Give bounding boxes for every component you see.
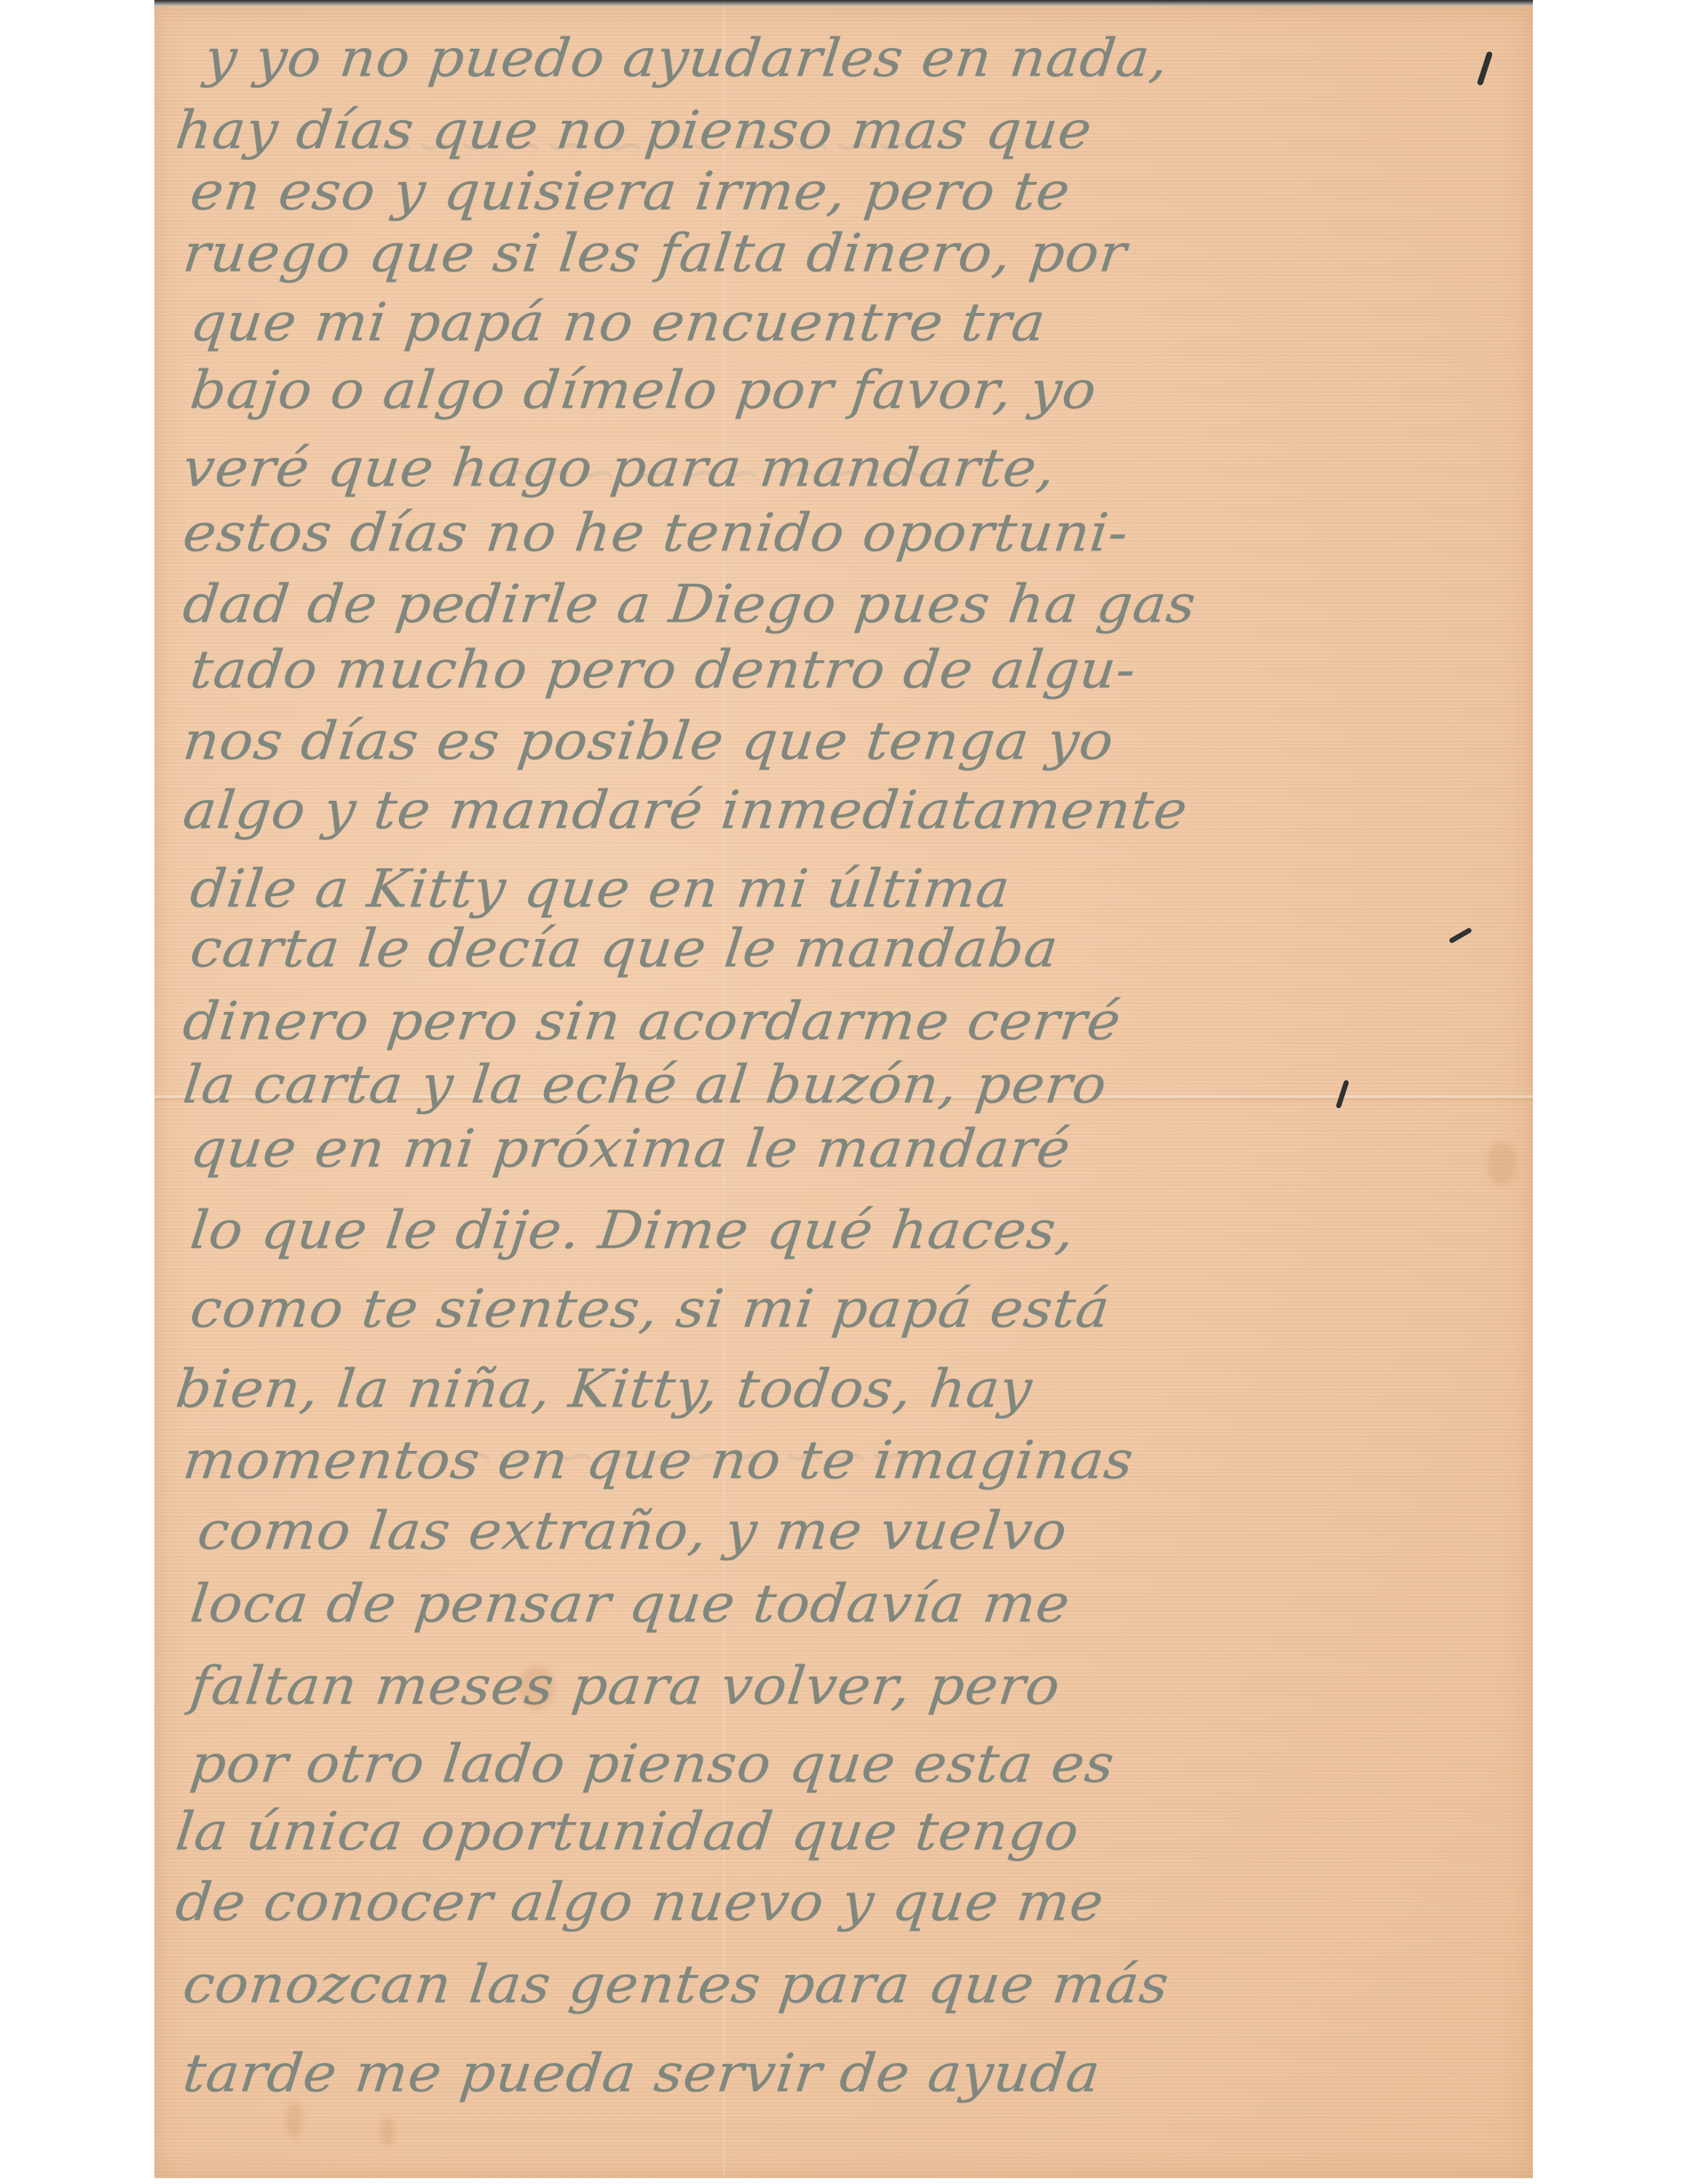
handwritten-line: la única oportunidad que tengo xyxy=(173,1797,1491,1867)
handwritten-line: y yo no puedo ayudarles en nada, xyxy=(202,24,1521,93)
handwritten-line: como te sientes, si mi papá está xyxy=(187,1275,1506,1344)
handwritten-line: bajo o algo dímelo por favor, yo xyxy=(187,356,1506,425)
letter-page: ~~~ ~~~~ ~~~~~ ~~~~ ~~~ ~~~~ ~~~ ~~~~~ ~… xyxy=(154,6,1533,2178)
handwritten-line: dile a Kitty que en mi última xyxy=(187,855,1506,924)
handwritten-line: loca de pensar que todavía me xyxy=(187,1570,1506,1639)
handwritten-line: bien, la niña, Kitty, todos, hay xyxy=(173,1355,1491,1424)
handwritten-line: estos días no he tenido oportuni- xyxy=(180,499,1499,568)
handwritten-line: conozcan las gentes para que más xyxy=(180,1950,1499,2019)
handwritten-line: carta le decía que le mandaba xyxy=(187,914,1506,984)
handwritten-line: por otro lado pienso que esta es xyxy=(187,1730,1506,1799)
handwritten-line: dinero pero sin acordarme cerré xyxy=(180,987,1499,1056)
handwritten-line: faltan meses para volver, pero xyxy=(187,1652,1506,1721)
handwritten-line: veré que hago para mandarte, xyxy=(180,434,1499,503)
handwritten-line: que mi papá no encuentre tra xyxy=(187,288,1506,357)
handwritten-line: en eso y quisiera irme, pero te xyxy=(187,157,1506,226)
handwritten-line: de conocer algo nuevo y que me xyxy=(173,1868,1491,1937)
handwritten-line: ruego que si les falta dinero, por xyxy=(180,219,1499,288)
handwritten-line: algo y te mandaré inmediatamente xyxy=(180,776,1499,845)
handwritten-line: lo que le dije. Dime qué haces, xyxy=(187,1196,1506,1265)
letter-body: y yo no puedo ayudarles en nada, hay día… xyxy=(154,6,1533,2178)
handwritten-line: tarde me pueda servir de ayuda xyxy=(180,2039,1499,2108)
handwritten-line: como las extraño, y me vuelvo xyxy=(194,1497,1513,1566)
handwritten-line: dad de pedirle a Diego pues ha gas xyxy=(180,570,1499,639)
scan-edge-shadow xyxy=(154,0,1533,6)
handwritten-line: tado mucho pero dentro de algu- xyxy=(187,636,1506,705)
handwritten-line: que en mi próxima le mandaré xyxy=(187,1115,1506,1184)
handwritten-line: la carta y la eché al buzón, pero xyxy=(180,1051,1499,1120)
handwritten-line: hay días que no pienso mas que xyxy=(173,96,1491,165)
handwritten-line: momentos en que no te imaginas xyxy=(180,1426,1499,1495)
handwritten-line: nos días es posible que tenga yo xyxy=(180,707,1499,776)
